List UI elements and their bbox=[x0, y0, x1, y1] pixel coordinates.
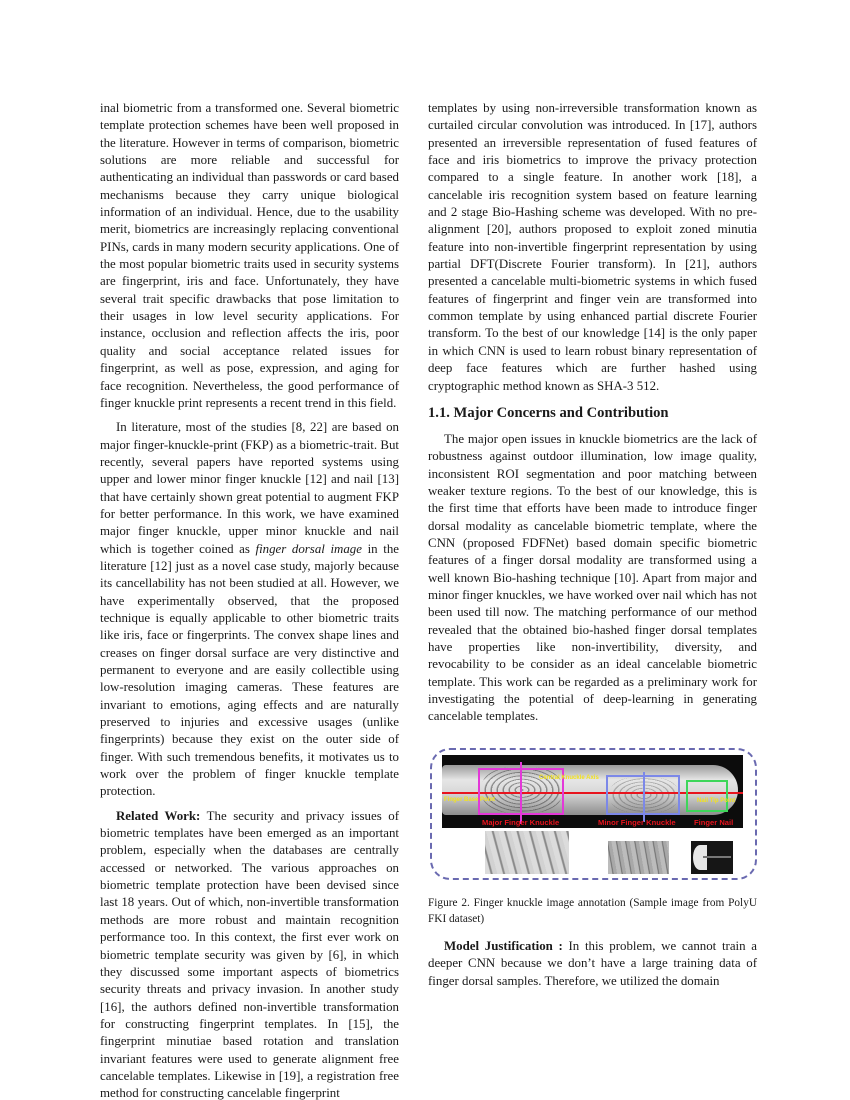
paragraph-intro-continued: inal biometric from a transformed one. S… bbox=[100, 100, 399, 412]
paragraph-literature-text-b: in the literature [12] just as a novel c… bbox=[100, 542, 399, 799]
label-finger-nail: Finger Nail bbox=[694, 818, 733, 827]
minor-knuckle-crop-image bbox=[608, 841, 669, 874]
paragraph-literature-text-a: In literature, most of the studies [8, 2… bbox=[100, 420, 399, 555]
paragraph-related-work: Related Work: The security and privacy i… bbox=[100, 808, 399, 1100]
right-column: templates by using non-irreversible tran… bbox=[428, 100, 757, 726]
paragraph-contribution: The major open issues in knuckle biometr… bbox=[428, 431, 757, 726]
runin-heading-model-justification: Model Justification : bbox=[444, 939, 563, 953]
finger-nail-box bbox=[686, 780, 728, 812]
figure-caption: Figure 2. Finger knuckle image annotatio… bbox=[428, 895, 757, 927]
paragraph-model-justification: Model Justification : In this problem, w… bbox=[428, 938, 757, 990]
label-minor-finger-knuckle: Minor Finger Knuckle bbox=[598, 818, 676, 827]
emphasis-finger-dorsal-image: finger dorsal image bbox=[256, 542, 362, 556]
major-knuckle-vertical-line bbox=[520, 762, 522, 824]
minor-knuckle-vertical-line bbox=[643, 772, 645, 822]
after-figure-text: Model Justification : In this problem, w… bbox=[428, 938, 757, 990]
section-heading: 1.1. Major Concerns and Contribution bbox=[428, 404, 757, 422]
major-knuckle-crop-image bbox=[485, 831, 569, 874]
label-major-finger-knuckle: Major Finger Knuckle bbox=[482, 818, 559, 827]
figure-finger-knuckle-annotation: Finger Base Point Central Knuckle Axis N… bbox=[430, 748, 757, 880]
paragraph-related-work-text: The security and privacy issues of biome… bbox=[100, 809, 399, 1100]
paragraph-literature: In literature, most of the studies [8, 2… bbox=[100, 419, 399, 801]
left-column: inal biometric from a transformed one. S… bbox=[100, 100, 399, 1100]
paragraph-related-work-continued: templates by using non-irreversible tran… bbox=[428, 100, 757, 395]
finger-dorsal-image: Finger Base Point Central Knuckle Axis N… bbox=[442, 755, 743, 828]
finger-nail-crop-image bbox=[691, 841, 733, 874]
label-central-knuckle-axis: Central Knuckle Axis bbox=[539, 775, 599, 781]
label-nail-tip-point: Nail Tip Point bbox=[697, 798, 735, 804]
label-finger-base-point: Finger Base Point bbox=[444, 797, 495, 803]
runin-heading-related-work: Related Work: bbox=[116, 809, 200, 823]
